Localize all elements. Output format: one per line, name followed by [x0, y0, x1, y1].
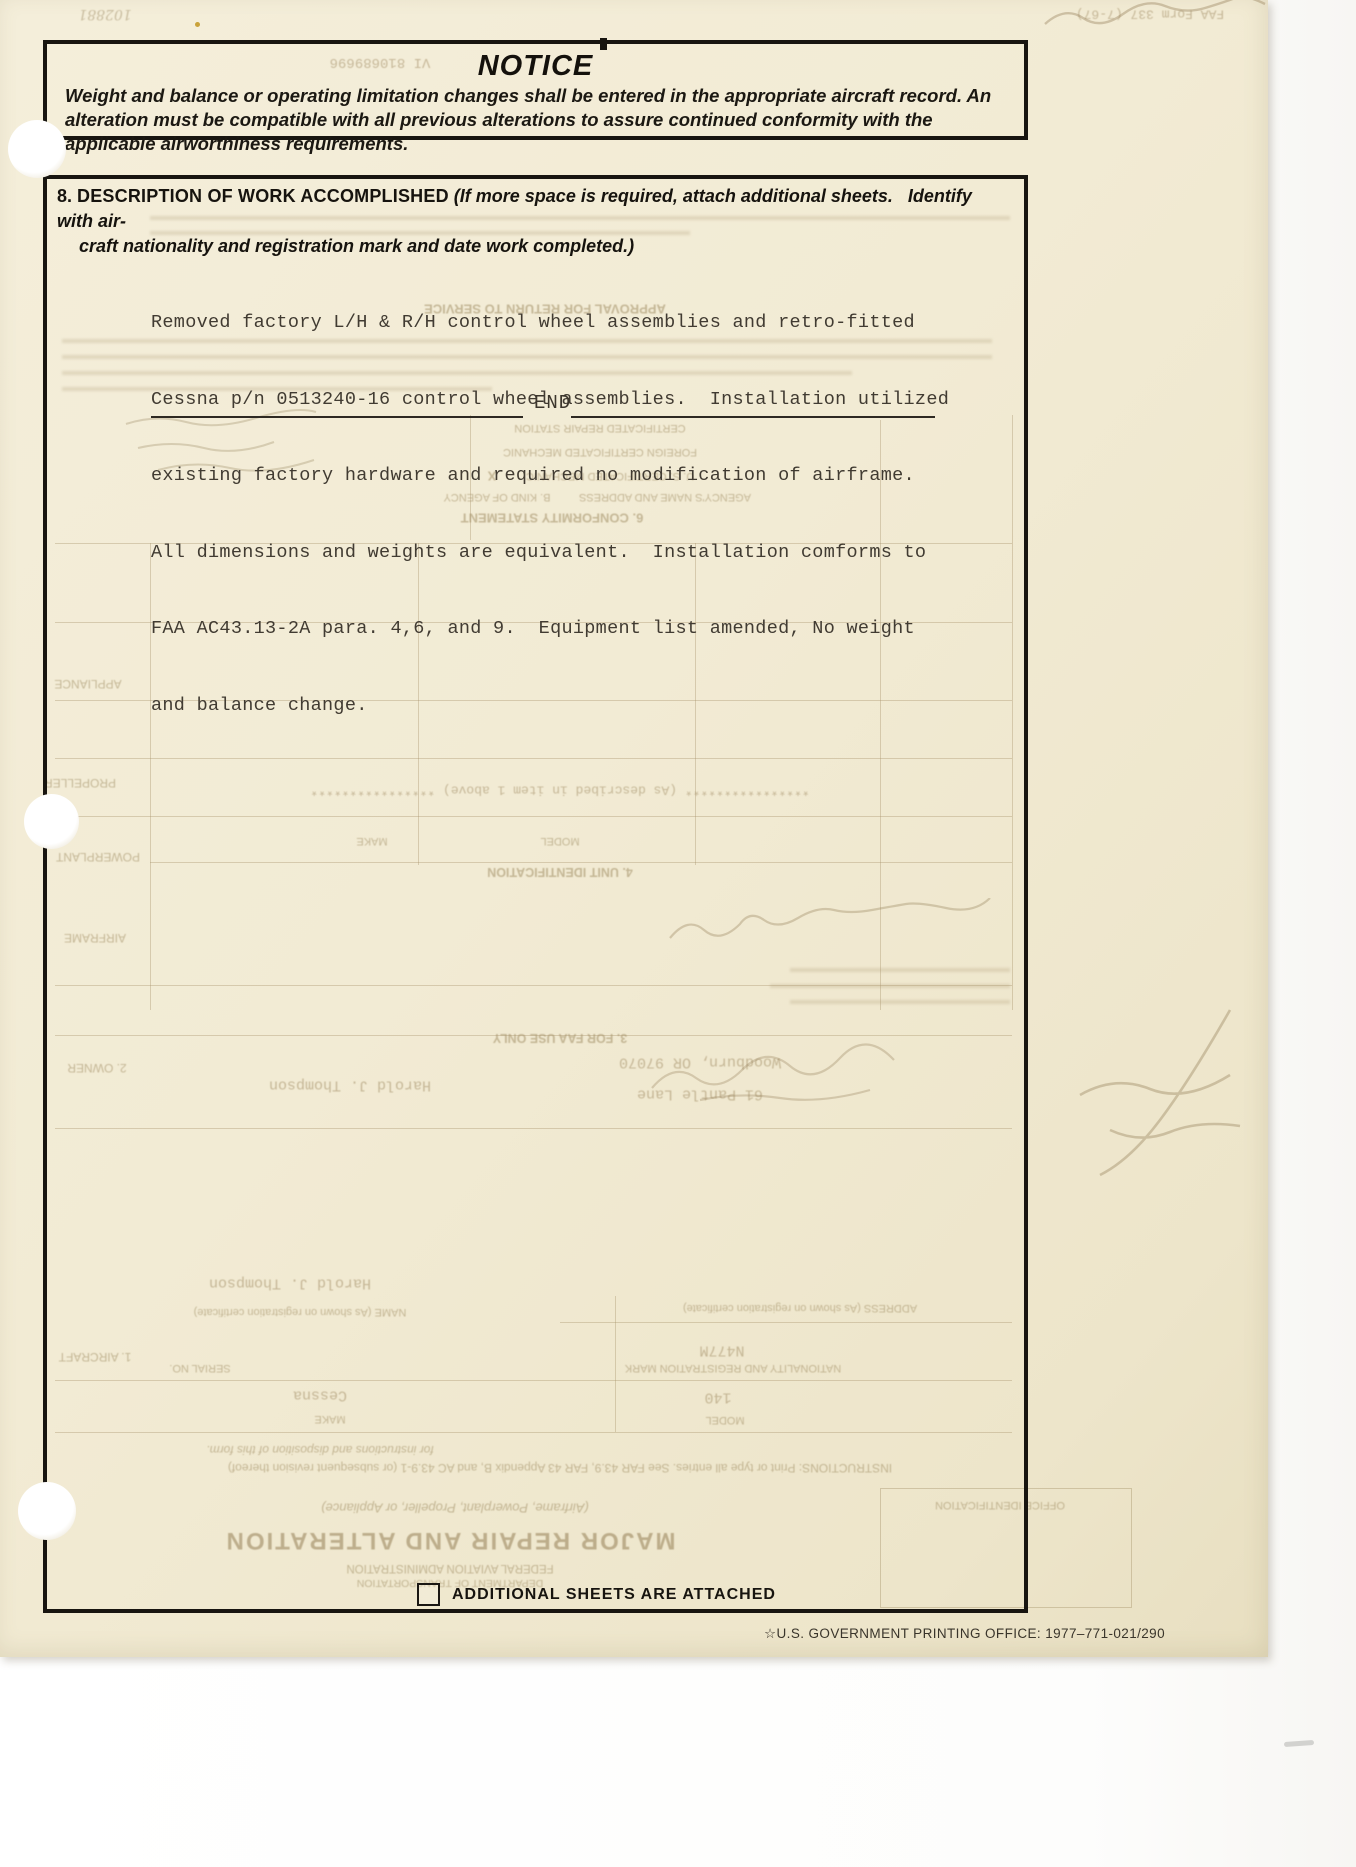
- punch-hole: [24, 794, 79, 849]
- notice-box: NOTICE Weight and balance or operating l…: [43, 40, 1028, 140]
- scan-speck: [195, 22, 200, 27]
- punch-hole: [8, 120, 66, 178]
- end-marker: END: [534, 392, 571, 414]
- additional-sheets-row: ADDITIONAL SHEETS ARE ATTACHED: [417, 1583, 776, 1606]
- typed-line: existing factory hardware and required n…: [151, 463, 949, 489]
- notice-body: Weight and balance or operating limitati…: [65, 84, 1010, 156]
- additional-sheets-checkbox: [417, 1583, 440, 1606]
- typed-line: Removed factory L/H & R/H control wheel …: [151, 310, 949, 336]
- additional-sheets-label: ADDITIONAL SHEETS ARE ATTACHED: [452, 1586, 776, 1604]
- typed-line: All dimensions and weights are equivalen…: [151, 540, 949, 566]
- punch-hole: [18, 1482, 76, 1540]
- print-mark: [600, 38, 607, 50]
- typed-line: and balance change.: [151, 693, 949, 719]
- typed-description: Removed factory L/H & R/H control wheel …: [151, 259, 949, 769]
- description-of-work-box: 8. DESCRIPTION OF WORK ACCOMPLISHED (If …: [43, 175, 1028, 1613]
- section8-heading: 8. DESCRIPTION OF WORK ACCOMPLISHED (If …: [57, 184, 1007, 259]
- scanner-background: FAA Form 337 (7-67) 102881 VI 810689696 …: [0, 0, 1356, 1867]
- scan-smudge: [1284, 1740, 1314, 1747]
- section8-note-line2: craft nationality and registration mark …: [79, 234, 1007, 259]
- typed-underscore-rule: [571, 416, 935, 418]
- gpo-imprint: ☆U.S. GOVERNMENT PRINTING OFFICE: 1977–7…: [0, 1626, 1165, 1642]
- faa-form-337-back-page: FAA Form 337 (7-67) 102881 VI 810689696 …: [0, 0, 1268, 1657]
- typed-line: FAA AC43.13-2A para. 4,6, and 9. Equipme…: [151, 616, 949, 642]
- section8-title: DESCRIPTION OF WORK ACCOMPLISHED: [77, 186, 449, 206]
- section8-number: 8.: [57, 186, 72, 206]
- typed-underscore-rule: [151, 416, 523, 418]
- printed-content: NOTICE Weight and balance or operating l…: [0, 0, 1268, 1657]
- notice-title: NOTICE: [47, 50, 1024, 83]
